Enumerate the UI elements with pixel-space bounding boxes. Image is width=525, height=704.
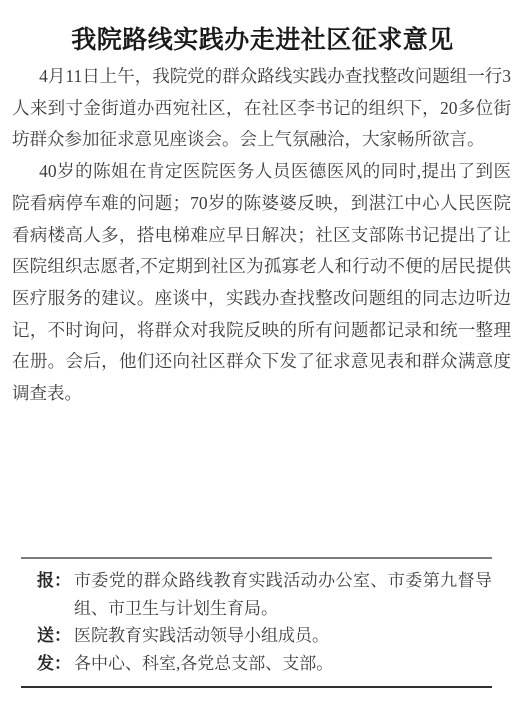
article-body: 4月11日上午，我院党的群众路线实践办查找整改问题组一行3人来到寸金街道办西宛社… [12,61,511,410]
distribution-entry: 送： 医院教育实践活动领导小组成员。 [21,622,492,650]
article-paragraph: 4月11日上午，我院党的群众路线实践办查找整改问题组一行3人来到寸金街道办西宛社… [12,61,511,156]
article-paragraph: 40岁的陈姐在肯定医院医务人员医德医风的同时,提出了到医院看病停车难的问题；70… [12,156,511,410]
distribution-text: 市委党的群众路线教育实践活动办公室、市委第九督导组、市卫生与计划生育局。 [74,567,492,622]
distribution-entry: 发： 各中心、科室,各党总支部、支部。 [21,650,492,678]
distribution-text: 医院教育实践活动领导小组成员。 [74,622,492,650]
distribution-section: 报： 市委党的群众路线教育实践活动办公室、市委第九督导组、市卫生与计划生育局。 … [21,557,492,688]
distribution-label: 送： [37,622,74,650]
distribution-label: 发： [37,650,74,678]
distribution-entry: 报： 市委党的群众路线教育实践活动办公室、市委第九督导组、市卫生与计划生育局。 [21,567,492,622]
distribution-list: 报： 市委党的群众路线教育实践活动办公室、市委第九督导组、市卫生与计划生育局。 … [21,567,492,677]
distribution-label: 报： [37,567,74,622]
distribution-text: 各中心、科室,各党总支部、支部。 [74,650,492,678]
document-page: 我院路线实践办走进社区征求意见 4月11日上午，我院党的群众路线实践办查找整改问… [0,0,525,704]
article-title: 我院路线实践办走进社区征求意见 [0,0,525,56]
